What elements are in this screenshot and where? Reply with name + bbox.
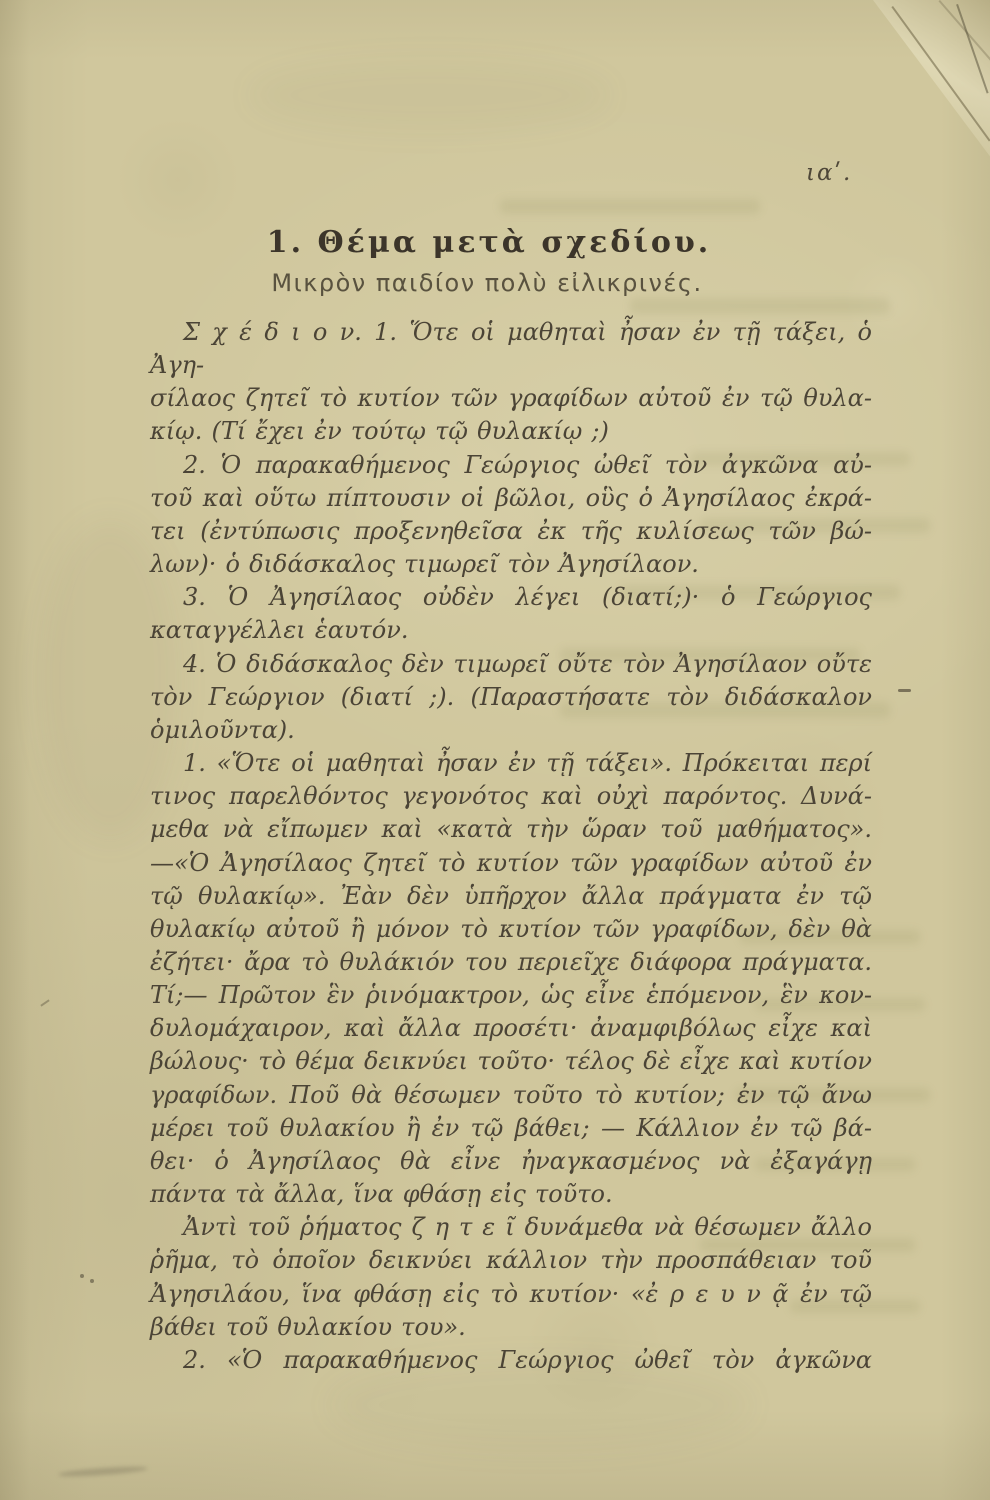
text-line: 3. Ὁ Ἀγησίλαος οὐδὲν λέγει (διατί;)· ὁ Γ…: [150, 581, 872, 614]
text-line: Τί;— Πρῶτον ἓν ῥινόμακτρον, ὡς εἶνε ἑπόμ…: [150, 979, 872, 1012]
text-line: βάθει τοῦ θυλακίου του».: [150, 1311, 872, 1344]
section-title: 1. Θέμα μετὰ σχεδίου.: [128, 225, 850, 260]
margin-dash-mark: [898, 689, 911, 692]
text-line: πάντα τὰ ἄλλα, ἵνα φθάσῃ εἰς τοῦτο.: [150, 1178, 872, 1211]
show-through-stain: [630, 298, 890, 314]
body-text-block: Σ χ έ δ ι ο ν. 1. Ὅτε οἱ μαθηταὶ ἦσαν ἐν…: [150, 316, 872, 1377]
page-number: ιαʹ.: [806, 160, 876, 186]
text-line: ἐζήτει· ἄρα τὸ θυλάκιόν του περιεῖχε διά…: [150, 946, 872, 979]
text-line: ῥῆμα, τὸ ὁποῖον δεικνύει κάλλιον τὴν προ…: [150, 1244, 872, 1277]
text-line: μέρει τοῦ θυλακίου ἢ ἐν τῷ βάθει; — Κάλλ…: [150, 1112, 872, 1145]
text-line: θυλακίῳ αὐτοῦ ἢ μόνον τὸ κυτίον τῶν γραφ…: [150, 913, 872, 946]
text-line: γραφίδων. Ποῦ θὰ θέσωμεν τοῦτο τὸ κυτίον…: [150, 1079, 872, 1112]
pencil-scribble: [58, 1465, 148, 1478]
text-line: 2. «Ὁ παρακαθήμενος Γεώργιος ὠθεῖ τὸν ἀγ…: [150, 1344, 872, 1377]
text-line: ὁμιλοῦντα).: [150, 714, 872, 747]
text-line: μεθα νὰ εἴπωμεν καὶ «κατὰ τὴν ὥραν τοῦ μ…: [150, 813, 872, 846]
section-subtitle: Μικρὸν παιδίον πολὺ εἰλικρινές.: [126, 269, 848, 297]
text-line: Σ χ έ δ ι ο ν. 1. Ὅτε οἱ μαθηταὶ ἦσαν ἐν…: [150, 316, 872, 382]
text-line: κίῳ. (Τί ἔχει ἐν τούτῳ τῷ θυλακίῳ ;): [150, 415, 872, 448]
text-line: Ἀντὶ τοῦ ῥήματος ζ η τ ε ῖ δυνάμεθα νὰ θ…: [150, 1211, 872, 1244]
text-line: τει (ἐντύπωσις προξενηθεῖσα ἐκ τῆς κυλίσ…: [150, 515, 872, 548]
margin-tick-mark: [40, 999, 49, 1006]
text-line: 2. Ὁ παρακαθήμενος Γεώργιος ὠθεῖ τὸν ἀγκ…: [150, 449, 872, 482]
paper-blotch: [250, 60, 610, 130]
text-line: τοῦ καὶ οὕτω πίπτουσιν οἱ βῶλοι, οὓς ὁ Ἀ…: [150, 482, 872, 515]
text-line: θει· ὁ Ἀγησίλαος θὰ εἶνε ἠναγκασμένος νὰ…: [150, 1145, 872, 1178]
show-through-stain: [500, 199, 760, 214]
text-line: τὸν Γεώργιον (διατί ;). (Παραστήσατε τὸν…: [150, 681, 872, 714]
text-line: 4. Ὁ διδάσκαλος δὲν τιμωρεῖ οὔτε τὸν Ἀγη…: [150, 648, 872, 681]
text-line: τῷ θυλακίῳ». Ἐὰν δὲν ὑπῆρχον ἄλλα πράγμα…: [150, 880, 872, 913]
text-line: δυλομάχαιρον, καὶ ἄλλα προσέτι· ἀναμφιβό…: [150, 1012, 872, 1045]
text-line: σίλαος ζητεῖ τὸ κυτίον τῶν γραφίδων αὐτο…: [150, 382, 872, 415]
text-line: 1. «Ὅτε οἱ μαθηταὶ ἦσαν ἐν τῇ τάξει». Πρ…: [150, 747, 872, 780]
text-line: —«Ὁ Ἀγησίλαος ζητεῖ τὸ κυτίον τῶν γραφίδ…: [150, 847, 872, 880]
margin-dot-mark: [80, 1274, 84, 1278]
text-line: Ἀγησιλάου, ἵνα φθάσῃ εἰς τὸ κυτίον· «ἐ ρ…: [150, 1278, 872, 1311]
margin-dot-mark: [90, 1279, 94, 1283]
text-line: λων)· ὁ διδάσκαλος τιμωρεῖ τὸν Ἀγησίλαον…: [150, 548, 872, 581]
text-line: καταγγέλλει ἑαυτόν.: [150, 614, 872, 647]
text-line: τινος παρελθόντος γεγονότος καὶ οὐχὶ παρ…: [150, 780, 872, 813]
text-line: βώλους· τὸ θέμα δεικνύει τοῦτο· τέλος δὲ…: [150, 1045, 872, 1078]
scanned-book-page: ιαʹ. 1. Θέμα μετὰ σχεδίου. Μικρὸν παιδίο…: [0, 0, 990, 1500]
page-fold-corner: [840, 0, 990, 170]
